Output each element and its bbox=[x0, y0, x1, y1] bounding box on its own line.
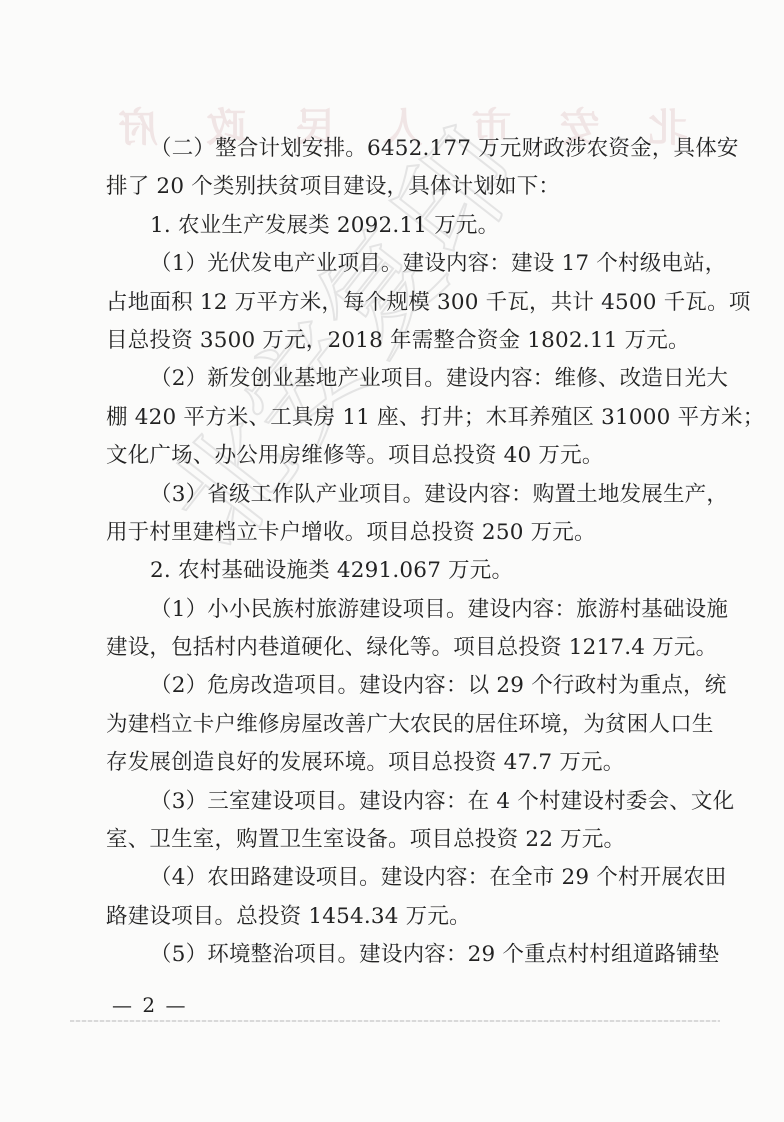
paragraph-tourism-village: （1）小小民族村旅游建设项目。建设内容：旅游村基础设施 建设，包括村内巷道硬化、… bbox=[106, 591, 684, 668]
text-line: （5）环境整治项目。建设内容：29 个重点村村组道路铺垫 bbox=[106, 936, 684, 974]
text-line: 占地面积 12 万平方米，每个规模 300 千瓦，共计 4500 千瓦。项 bbox=[106, 284, 684, 322]
text-line: 路建设项目。总投资 1454.34 万元。 bbox=[106, 898, 684, 936]
text-line: 用于村里建档立卡户增收。项目总投资 250 万元。 bbox=[106, 514, 684, 552]
text-line: （3）三室建设项目。建设内容：在 4 个村建设村委会、文化 bbox=[106, 783, 684, 821]
paragraph-provincial-team: （3）省级工作队产业项目。建设内容：购置土地发展生产， 用于村里建档立卡户增收。… bbox=[106, 476, 684, 553]
text-line: 1. 农业生产发展类 2092.11 万元。 bbox=[106, 207, 684, 245]
text-line: （1）光伏发电产业项目。建设内容：建设 17 个村级电站， bbox=[106, 245, 684, 283]
text-line: 棚 420 平方米、工具房 11 座、打井；木耳养殖区 31000 平方米； bbox=[106, 399, 684, 437]
text-line: 目总投资 3500 万元，2018 年需整合资金 1802.11 万元。 bbox=[106, 322, 684, 360]
section-heading-agriculture: 1. 农业生产发展类 2092.11 万元。 bbox=[106, 207, 684, 245]
section-heading-infrastructure: 2. 农村基础设施类 4291.067 万元。 bbox=[106, 552, 684, 590]
text-line: 建设，包括村内巷道硬化、绿化等。项目总投资 1217.4 万元。 bbox=[106, 629, 684, 667]
paragraph-xinfa-base: （2）新发创业基地产业项目。建设内容：维修、改造日光大 棚 420 平方米、工具… bbox=[106, 360, 684, 475]
text-line: （4）农田路建设项目。建设内容：在全市 29 个村开展农田 bbox=[106, 859, 684, 897]
text-line: 存发展创造良好的发展环境。项目总投资 47.7 万元。 bbox=[106, 744, 684, 782]
paragraph-intro: （二）整合计划安排。6452.177 万元财政涉农资金，具体安 排了 20 个类… bbox=[106, 130, 684, 207]
text-line: （1）小小民族村旅游建设项目。建设内容：旅游村基础设施 bbox=[106, 591, 684, 629]
document-body: （二）整合计划安排。6452.177 万元财政涉农资金，具体安 排了 20 个类… bbox=[106, 130, 684, 975]
text-line: 排了 20 个类别扶贫项目建设，具体计划如下： bbox=[106, 168, 684, 206]
paragraph-farm-road: （4）农田路建设项目。建设内容：在全市 29 个村开展农田 路建设项目。总投资 … bbox=[106, 859, 684, 936]
paragraph-dilapidated-housing: （2）危房改造项目。建设内容：以 29 个行政村为重点，统 为建档立卡户维修房屋… bbox=[106, 667, 684, 782]
text-line: 2. 农村基础设施类 4291.067 万元。 bbox=[106, 552, 684, 590]
text-line: 文化广场、办公用房维修等。项目总投资 40 万元。 bbox=[106, 437, 684, 475]
footer-divider bbox=[70, 1020, 720, 1022]
paragraph-environment: （5）环境整治项目。建设内容：29 个重点村村组道路铺垫 bbox=[106, 936, 684, 974]
paragraph-photovoltaic: （1）光伏发电产业项目。建设内容：建设 17 个村级电站， 占地面积 12 万平… bbox=[106, 245, 684, 360]
paragraph-three-rooms: （3）三室建设项目。建设内容：在 4 个村建设村委会、文化 室、卫生室，购置卫生… bbox=[106, 783, 684, 860]
text-line: （3）省级工作队产业项目。建设内容：购置土地发展生产， bbox=[106, 476, 684, 514]
text-line: 为建档立卡户维修房屋改善广大农民的居住环境，为贫困人口生 bbox=[106, 706, 684, 744]
page-number: — 2 — bbox=[112, 993, 187, 1017]
text-line: （二）整合计划安排。6452.177 万元财政涉农资金，具体安 bbox=[106, 130, 684, 168]
text-line: 室、卫生室，购置卫生室设备。项目总投资 22 万元。 bbox=[106, 821, 684, 859]
text-line: （2）危房改造项目。建设内容：以 29 个行政村为重点，统 bbox=[106, 667, 684, 705]
text-line: （2）新发创业基地产业项目。建设内容：维修、改造日光大 bbox=[106, 360, 684, 398]
